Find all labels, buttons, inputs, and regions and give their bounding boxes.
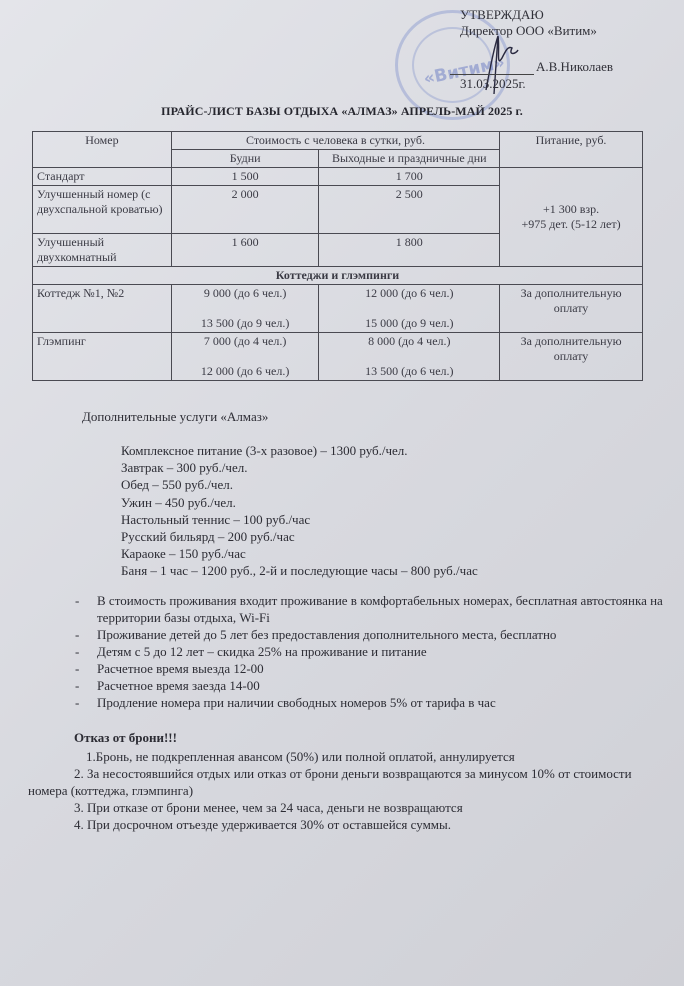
price-small-group: 7 000 (до 4 чел.): [176, 334, 315, 349]
service-item: Завтрак – 300 руб./чел.: [121, 459, 478, 476]
notes-list: -В стоимость проживания входит проживани…: [75, 592, 675, 711]
price-table: Номер Стоимость с человека в сутки, руб.…: [32, 131, 643, 381]
dash-bullet-icon: -: [75, 677, 79, 694]
signature-underline: [450, 74, 534, 75]
header-weekdays: Будни: [171, 150, 319, 168]
service-item: Русский бильярд – 200 руб./час: [121, 528, 478, 545]
note-text: Проживание детей до 5 лет без предоставл…: [97, 627, 556, 642]
cottage-name: Глэмпинг: [33, 333, 172, 381]
header-weekends: Выходные и праздничные дни: [319, 150, 500, 168]
note-item: -Проживание детей до 5 лет без предостав…: [75, 626, 675, 643]
price-small-group: 12 000 (до 6 чел.): [323, 286, 495, 301]
approval-block: УТВЕРЖДАЮ Директор ООО «Витим» А.В.Никол…: [460, 7, 613, 92]
cottage-meals: За дополнительную оплату: [500, 285, 643, 333]
dash-bullet-icon: -: [75, 592, 79, 609]
table-header-row: Номер Стоимость с человека в сутки, руб.…: [33, 132, 643, 150]
document-title: ПРАЙС-ЛИСТ БАЗЫ ОТДЫХА «АЛМАЗ» АПРЕЛЬ-МА…: [0, 104, 684, 119]
cancellation-item: 2. За несостоявшийся отдых или отказ от …: [28, 765, 668, 799]
note-item: -В стоимость проживания входит проживани…: [75, 592, 675, 626]
cancellation-item: 1.Бронь, не подкрепленная авансом (50%) …: [28, 748, 668, 765]
service-item: Ужин – 450 руб./чел.: [121, 494, 478, 511]
table-row: Глэмпинг 7 000 (до 4 чел.) 12 000 (до 6 …: [33, 333, 643, 381]
note-item: -Расчетное время выезда 12-00: [75, 660, 675, 677]
note-text: Детям с 5 до 12 лет – скидка 25% на прож…: [97, 644, 427, 659]
room-weekdays-price: 1 600: [171, 234, 319, 267]
note-item: -Продление номера при наличии свободных …: [75, 694, 675, 711]
table-row: Коттедж №1, №2 9 000 (до 6 чел.) 13 500 …: [33, 285, 643, 333]
price-large-group: 13 500 (до 9 чел.): [176, 316, 315, 331]
meals-price: +1 300 взр. +975 дет. (5-12 лет): [500, 168, 643, 267]
note-item: -Детям с 5 до 12 лет – скидка 25% на про…: [75, 643, 675, 660]
price-large-group: 15 000 (до 9 чел.): [323, 316, 495, 331]
room-weekdays-price: 2 000: [171, 186, 319, 234]
table-row: Стандарт 1 500 1 700 +1 300 взр. +975 де…: [33, 168, 643, 186]
service-item: Обед – 550 руб./чел.: [121, 476, 478, 493]
cottage-weekdays-price: 7 000 (до 4 чел.) 12 000 (до 6 чел.): [171, 333, 319, 381]
section-title: Коттеджи и глэмпинги: [33, 267, 643, 285]
header-meals: Питание, руб.: [500, 132, 643, 168]
meals-child: +975 дет. (5-12 лет): [504, 217, 638, 232]
note-text: Продление номера при наличии свободных н…: [97, 695, 496, 710]
cottage-weekends-price: 8 000 (до 4 чел.) 13 500 (до 6 чел.): [319, 333, 500, 381]
meals-adult: +1 300 взр.: [504, 202, 638, 217]
approval-signature-line: А.В.Николаев: [450, 59, 613, 75]
cancellation-item: 4. При досрочном отъезде удерживается 30…: [28, 816, 668, 833]
service-item: Караоке – 150 руб./час: [121, 545, 478, 562]
price-large-group: 12 000 (до 6 чел.): [176, 364, 315, 379]
services-list: Комплексное питание (3-х разовое) – 1300…: [121, 442, 478, 580]
services-title: Дополнительные услуги «Алмаз»: [82, 409, 268, 425]
cottage-meals: За дополнительную оплату: [500, 333, 643, 381]
price-small-group: 8 000 (до 4 чел.): [323, 334, 495, 349]
document-page: «Витим» УТВЕРЖДАЮ Директор ООО «Витим» А…: [0, 0, 684, 986]
room-name: Стандарт: [33, 168, 172, 186]
service-item: Настольный теннис – 100 руб./час: [121, 511, 478, 528]
note-text: В стоимость проживания входит проживание…: [97, 593, 663, 625]
approval-position: Директор ООО «Витим»: [460, 23, 613, 39]
dash-bullet-icon: -: [75, 694, 79, 711]
note-item: -Расчетное время заезда 14-00: [75, 677, 675, 694]
dash-bullet-icon: -: [75, 626, 79, 643]
section-row: Коттеджи и глэмпинги: [33, 267, 643, 285]
dash-bullet-icon: -: [75, 660, 79, 677]
note-text: Расчетное время заезда 14-00: [97, 678, 260, 693]
service-item: Комплексное питание (3-х разовое) – 1300…: [121, 442, 478, 459]
price-large-group: 13 500 (до 6 чел.): [323, 364, 495, 379]
cottage-weekdays-price: 9 000 (до 6 чел.) 13 500 (до 9 чел.): [171, 285, 319, 333]
room-weekends-price: 1 700: [319, 168, 500, 186]
cottage-weekends-price: 12 000 (до 6 чел.) 15 000 (до 9 чел.): [319, 285, 500, 333]
room-name: Улучшенный двухкомнатный: [33, 234, 172, 267]
note-text: Расчетное время выезда 12-00: [97, 661, 264, 676]
cancellation-list: 1.Бронь, не подкрепленная авансом (50%) …: [28, 748, 668, 833]
room-weekdays-price: 1 500: [171, 168, 319, 186]
cottage-name: Коттедж №1, №2: [33, 285, 172, 333]
price-small-group: 9 000 (до 6 чел.): [176, 286, 315, 301]
room-weekends-price: 2 500: [319, 186, 500, 234]
header-cost: Стоимость с человека в сутки, руб.: [171, 132, 499, 150]
approval-heading: УТВЕРЖДАЮ: [460, 7, 613, 23]
service-item: Баня – 1 час – 1200 руб., 2-й и последую…: [121, 562, 478, 579]
room-weekends-price: 1 800: [319, 234, 500, 267]
dash-bullet-icon: -: [75, 643, 79, 660]
approval-date: 31.03.2025г.: [460, 76, 613, 92]
room-name: Улучшенный номер (с двухспальной кровать…: [33, 186, 172, 234]
approval-signer: А.В.Николаев: [536, 59, 613, 74]
header-room: Номер: [33, 132, 172, 168]
cancellation-title: Отказ от брони!!!: [74, 730, 177, 746]
cancellation-item: 3. При отказе от брони менее, чем за 24 …: [28, 799, 668, 816]
